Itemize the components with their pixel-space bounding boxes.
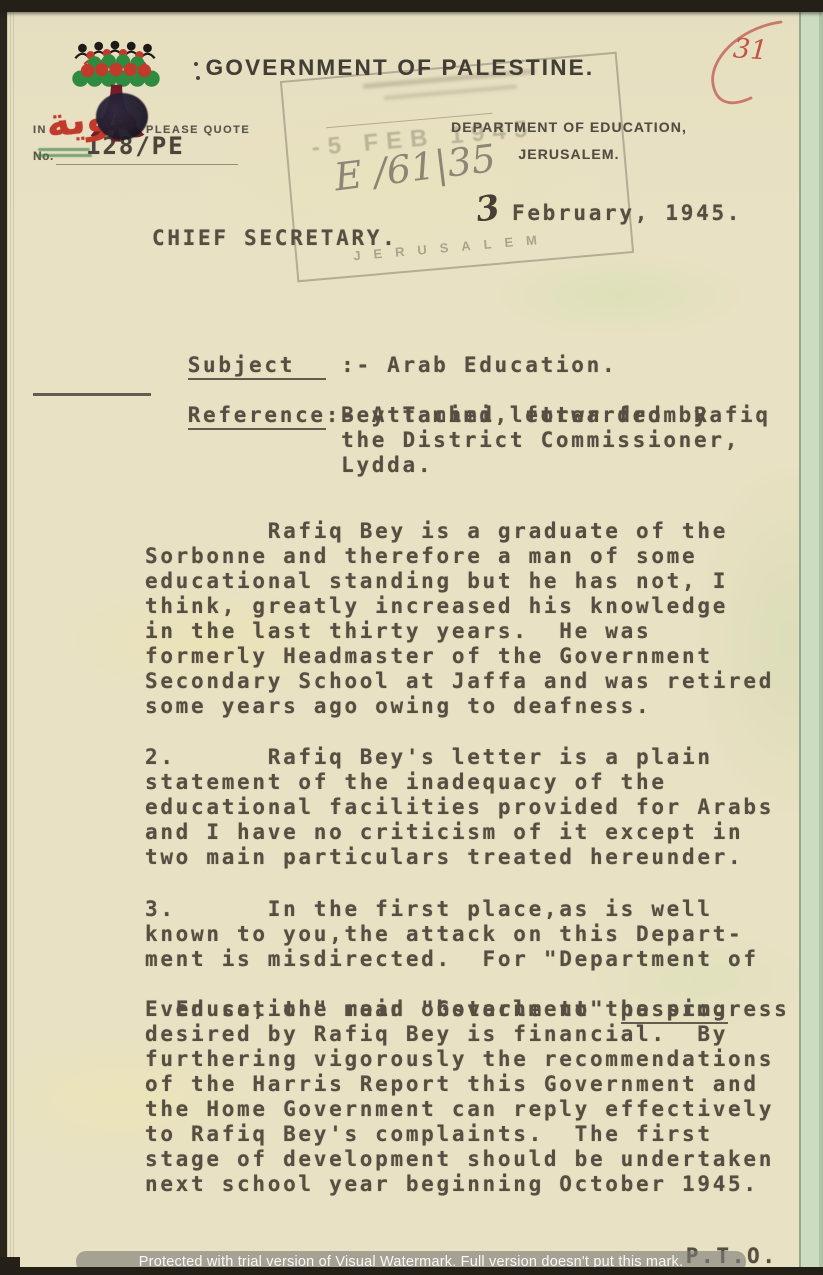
typed-text-line: and I have no criticism of it except in (145, 820, 774, 845)
typed-text-line: Even so, the main obstacle to the progre… (145, 997, 789, 1022)
typed-text-line: stage of development should be undertake… (145, 1147, 789, 1172)
scan-right-band-edge (819, 0, 823, 1275)
typed-text-line: known to you,the attack on this Depart- (145, 922, 759, 947)
scanned-letter-page: { "letterhead": { "title": "GOVERNMENT O… (0, 0, 823, 1275)
typed-text-line: ment is misdirected. For "Department of (145, 947, 759, 972)
subject-label: Subject (188, 353, 326, 380)
typed-text-line: to Rafiq Bey's complaints. The first (145, 1122, 789, 1147)
logo-tagline-smudge (36, 154, 92, 157)
scan-bottom-edge (0, 1267, 823, 1275)
typed-text-line: in the last thirty years. He was (145, 619, 774, 644)
typed-text-line: the Home Government can reply effectivel… (145, 1097, 789, 1122)
typed-text-line: furthering vigorously the recommendation… (145, 1047, 789, 1072)
typed-text-line: Rafiq Bey is a graduate of the (145, 519, 774, 544)
scan-left-edge (0, 0, 7, 1275)
letterhead-title: GOVERNMENT OF PALESTINE. (180, 55, 620, 81)
ink-specks (194, 62, 198, 66)
quote-prefix-label: IN (33, 124, 47, 136)
archive-number: 31 (732, 33, 768, 66)
logo-tagline-smudge (38, 148, 90, 151)
ink-specks (196, 76, 200, 80)
scan-right-band-line (799, 0, 801, 1275)
typed-text-line: educational facilities provided for Arab… (145, 795, 774, 820)
ink-blot (96, 93, 148, 140)
typed-text-line: some years ago owing to deafness. (145, 694, 774, 719)
typed-text-line: think, greatly increased his knowledge (145, 594, 774, 619)
paragraph-3-first: 3. In the first place,as is wellknown to… (145, 897, 759, 972)
stamp-faded-text-smudge (384, 84, 517, 100)
typed-text-line: the District Commissioner, (157, 428, 740, 453)
typed-text-line: of the Harris Report this Government and (145, 1072, 789, 1097)
typed-text-line: next school year beginning October 1945. (145, 1172, 789, 1197)
typed-text-line: educational standing but he has not, I (145, 569, 774, 594)
typed-text-line: 3. In the first place,as is well (145, 897, 759, 922)
typed-date: February, 1945. (512, 201, 742, 226)
scan-top-edge (0, 0, 823, 12)
subject-line: Subject :- Arab Education. (157, 328, 617, 378)
scan-left-scratches (7, 0, 16, 1275)
typed-text-line: desired by Rafiq Bey is financial. By (145, 1022, 789, 1047)
typed-text-line: Sorbonne and therefore a man of some (145, 544, 774, 569)
typed-text-line: Secondary School at Jaffa and was retire… (145, 669, 774, 694)
typed-text-line: Bey Tamimi, forwarded by (157, 403, 740, 428)
typed-text-line: Lydda. (157, 453, 740, 478)
typed-text-line: 2. Rafiq Bey's letter is a plain (145, 745, 774, 770)
addressee-line: CHIEF SECRETARY. (152, 226, 398, 251)
city-line: JERUSALEM. (443, 146, 695, 162)
department-line: DEPARTMENT OF EDUCATION, (443, 119, 695, 135)
paragraph-3-rest: Even so, the main obstacle to the progre… (145, 997, 789, 1197)
red-archival-annotation: 31 (693, 12, 811, 124)
paragraph-2: 2. Rafiq Bey's letter is a plainstatemen… (145, 745, 774, 870)
reference-continuation: Bey Tamimi, forwarded by the District Co… (157, 403, 740, 478)
typed-text-line: formerly Headmaster of the Government (145, 644, 774, 669)
typed-text-line: statement of the inadequacy of the (145, 770, 774, 795)
subject-value: :- Arab Education. (326, 353, 618, 377)
number-rule-line (56, 164, 238, 165)
margin-dash-line (33, 393, 151, 396)
paragraph-1: Rafiq Bey is a graduate of theSorbonne a… (145, 519, 774, 719)
typed-text-line: two main particulars treated hereunder. (145, 845, 774, 870)
